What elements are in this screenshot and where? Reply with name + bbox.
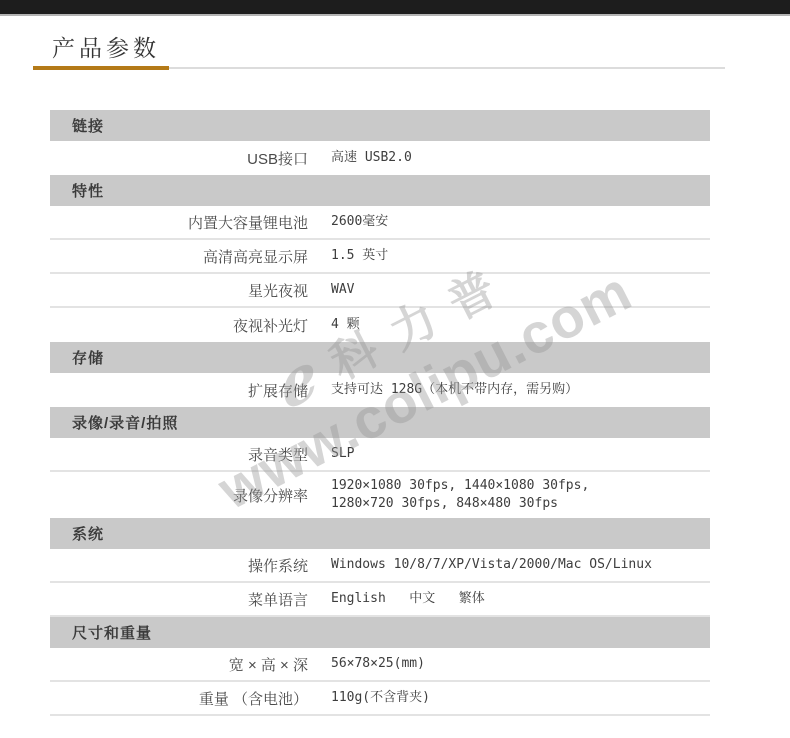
spec-value: English 中文 繁体: [331, 590, 485, 608]
spec-label: USB接口: [50, 148, 308, 169]
spec-value: 高速 USB2.0: [331, 149, 412, 167]
spec-row: 内置大容量锂电池2600毫安: [50, 206, 710, 240]
spec-value: 2600毫安: [331, 213, 388, 231]
section-header: 尺寸和重量: [50, 617, 710, 648]
spec-label: 录像分辨率: [50, 485, 308, 506]
spec-row: 录像分辨率1920×1080 30fps, 1440×1080 30fps, 1…: [50, 472, 710, 518]
spec-value: WAV: [331, 281, 354, 299]
spec-row: 星光夜视WAV: [50, 274, 710, 308]
spec-label: 菜单语言: [50, 589, 308, 610]
spec-value: 110g(不含背夹): [331, 689, 430, 707]
spec-row: 高清高亮显示屏1.5 英寸: [50, 240, 710, 274]
spec-value: SLP: [331, 445, 354, 463]
title-underline: [33, 66, 725, 70]
spec-row: USB接口高速 USB2.0: [50, 141, 710, 175]
top-black-bar: [0, 0, 790, 16]
spec-label: 重量 （含电池）: [50, 688, 308, 709]
spec-row: 扩展存储支持可达 128G（本机不带内存，需另购）: [50, 373, 710, 407]
section-header: 系统: [50, 518, 710, 549]
spec-label: 宽 × 高 × 深: [50, 654, 308, 675]
spec-row: 录音类型SLP: [50, 438, 710, 472]
product-spec-page: 产品参数 链接USB接口高速 USB2.0特性内置大容量锂电池2600毫安高清高…: [0, 0, 790, 738]
spec-label: 操作系统: [50, 555, 308, 576]
spec-row: 宽 × 高 × 深56×78×25(mm): [50, 648, 710, 682]
spec-value: 1920×1080 30fps, 1440×1080 30fps, 1280×7…: [331, 477, 589, 513]
spec-label: 夜视补光灯: [50, 315, 308, 336]
title-underline-accent: [33, 66, 169, 70]
spec-label: 星光夜视: [50, 280, 308, 301]
spec-row: 菜单语言English 中文 繁体: [50, 583, 710, 617]
spec-value: 1.5 英寸: [331, 247, 388, 265]
spec-value: 56×78×25(mm): [331, 655, 425, 673]
spec-row: 夜视补光灯4 颗: [50, 308, 710, 342]
spec-value: 支持可达 128G（本机不带内存，需另购）: [331, 381, 578, 399]
spec-label: 录音类型: [50, 444, 308, 465]
title-underline-rule: [169, 67, 725, 69]
spec-label: 高清高亮显示屏: [50, 246, 308, 267]
section-header: 存储: [50, 342, 710, 373]
spec-value: Windows 10/8/7/XP/Vista/2000/Mac OS/Linu…: [331, 556, 652, 574]
spec-table: 链接USB接口高速 USB2.0特性内置大容量锂电池2600毫安高清高亮显示屏1…: [50, 110, 710, 716]
page-title: 产品参数: [52, 30, 160, 63]
spec-label: 扩展存储: [50, 380, 308, 401]
section-header: 链接: [50, 110, 710, 141]
section-header: 录像/录音/拍照: [50, 407, 710, 438]
spec-value: 4 颗: [331, 316, 360, 334]
spec-row: 操作系统Windows 10/8/7/XP/Vista/2000/Mac OS/…: [50, 549, 710, 583]
spec-row: 重量 （含电池）110g(不含背夹): [50, 682, 710, 716]
spec-label: 内置大容量锂电池: [50, 212, 308, 233]
section-header: 特性: [50, 175, 710, 206]
